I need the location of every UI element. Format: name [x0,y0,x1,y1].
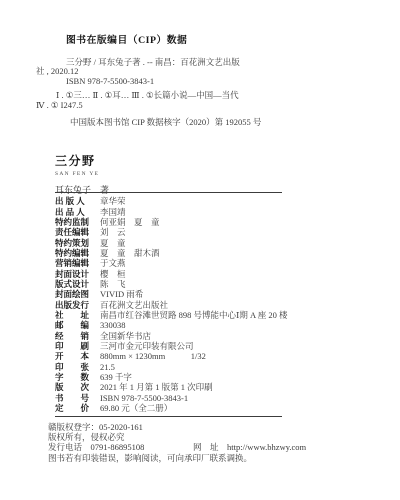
credit-value: 69.80 元（全二册） [100,402,172,414]
credit-value: 2021 年 1 月第 1 版第 1 次印刷 [100,381,213,393]
divider-rule-bottom [55,416,282,417]
exchange-notice: 图书若有印装错误，影响阅读，可向承印厂联系调换。 [48,453,348,463]
credits-list: 出 版 人 章华荣 出 品 人 李国靖 特约监制 何亚娟 夏 童 责任编辑 刘 … [55,196,375,413]
cip-classification-line2: Ⅳ . ① I247.5 [36,101,292,111]
credit-row: 定 价 69.80 元（全二册） [55,403,375,413]
book-title: 三分野 [55,152,109,169]
cip-header: 图书在版编目（CIP）数据 [66,36,292,46]
copyright-registration: 赣版权登字：05-2020-161 [48,422,348,432]
copyright-notice: 版权所有，侵权必究 [48,432,348,442]
footer-block: 赣版权登字：05-2020-161 版权所有，侵权必究 发行电话 0791-86… [48,422,348,463]
credit-row: 开 本 880mm × 1230mm 1/32 [55,351,375,361]
author-line: 耳东兔子 著 [55,183,109,196]
cip-block: 图书在版编目（CIP）数据 三分野 / 耳东兔子著 . -- 南昌：百花洲文艺出… [36,36,292,128]
website-url: 网 址 http://www.bhzwy.com [193,442,306,452]
credit-row: 版 次 2021 年 1 月第 1 版第 1 次印刷 [55,382,375,392]
cip-isbn-line: ISBN 978-7-5500-3843-1 [36,77,292,87]
credit-row: 社 址 南昌市红谷滩世贸路 898 号博能中心Ⅰ期 A 座 20 楼 [55,310,375,320]
book-title-pinyin: SAN FEN YE [55,171,109,177]
cip-record-number: 中国版本图书馆 CIP 数据核字（2020）第 192055 号 [36,118,292,128]
divider-rule-top [55,192,282,193]
title-block: 三分野 SAN FEN YE 耳东兔子 著 [55,152,109,196]
credit-label: 定 价 [55,402,93,414]
copyright-page: 图书在版编目（CIP）数据 三分野 / 耳东兔子著 . -- 南昌：百花洲文艺出… [0,0,400,500]
credit-value: 880mm × 1230mm 1/32 [100,350,206,362]
credit-value: 南昌市红谷滩世贸路 898 号博能中心Ⅰ期 A 座 20 楼 [100,309,288,321]
distribution-phone: 发行电话 0791-86895108 [48,442,144,452]
contact-row: 发行电话 0791-86895108 网 址 http://www.bhzwy.… [48,442,348,452]
